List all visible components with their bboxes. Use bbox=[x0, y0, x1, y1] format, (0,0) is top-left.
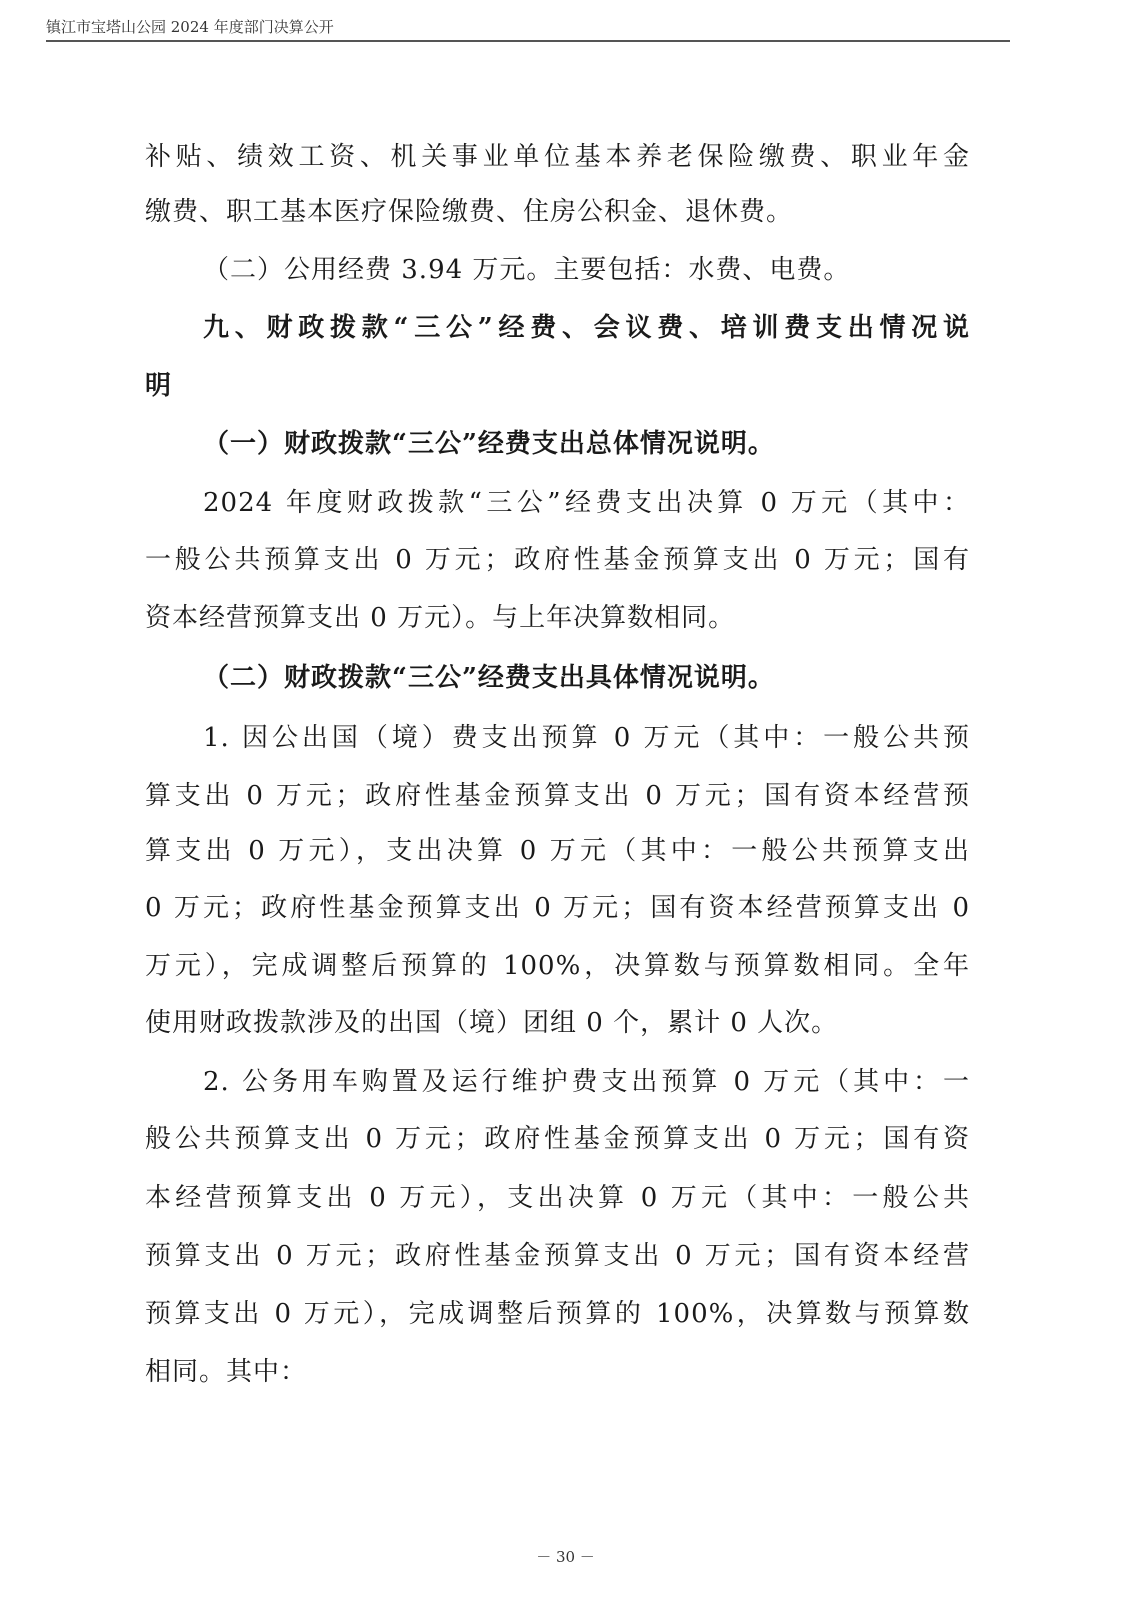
section-heading: 九、财政拨款“三公”经费、会议费、培训费支出情况说 bbox=[145, 308, 970, 348]
paragraph-line: 0 万元；政府性基金预算支出 0 万元；国有资本经营预算支出 0 bbox=[145, 888, 970, 928]
subsection-heading: （一）财政拨款“三公”经费支出总体情况说明。 bbox=[145, 424, 970, 464]
document-title: 镇江市宝塔山公园 2024 年度部门决算公开 bbox=[46, 16, 334, 37]
paragraph-line: 预算支出 0 万元），完成调整后预算的 100%，决算数与预算数 bbox=[145, 1294, 970, 1334]
paragraph-line: 缴费、职工基本医疗保险缴费、住房公积金、退休费。 bbox=[145, 192, 970, 232]
paragraph-line: 预算支出 0 万元；政府性基金预算支出 0 万元；国有资本经营 bbox=[145, 1236, 970, 1276]
paragraph-line: 1. 因公出国（境）费支出预算 0 万元（其中：一般公共预 bbox=[145, 718, 970, 758]
paragraph-line: 般公共预算支出 0 万元；政府性基金预算支出 0 万元；国有资 bbox=[145, 1119, 970, 1159]
paragraph-line: 本经营预算支出 0 万元），支出决算 0 万元（其中：一般公共 bbox=[145, 1178, 970, 1218]
section-heading: 明 bbox=[145, 366, 970, 406]
paragraph-line: 2. 公务用车购置及运行维护费支出预算 0 万元（其中：一 bbox=[145, 1062, 970, 1102]
paragraph-line: 资本经营预算支出 0 万元）。与上年决算数相同。 bbox=[145, 598, 970, 638]
paragraph-line: 算支出 0 万元），支出决算 0 万元（其中：一般公共预算支出 bbox=[145, 831, 970, 871]
page-header: 镇江市宝塔山公园 2024 年度部门决算公开 bbox=[46, 12, 1010, 42]
paragraph-line: 相同。其中： bbox=[145, 1352, 970, 1392]
subsection-heading: （二）财政拨款“三公”经费支出具体情况说明。 bbox=[145, 658, 970, 698]
paragraph-line: 一般公共预算支出 0 万元；政府性基金预算支出 0 万元；国有 bbox=[145, 540, 970, 580]
paragraph-line: 使用财政拨款涉及的出国（境）团组 0 个，累计 0 人次。 bbox=[145, 1003, 970, 1043]
paragraph-line: 万元），完成调整后预算的 100%，决算数与预算数相同。全年 bbox=[145, 946, 970, 986]
page-number: － 30 － bbox=[0, 1546, 1131, 1567]
paragraph-line: 2024 年度财政拨款“三公”经费支出决算 0 万元（其中： bbox=[145, 483, 970, 523]
paragraph-line: 算支出 0 万元；政府性基金预算支出 0 万元；国有资本经营预 bbox=[145, 776, 970, 816]
paragraph-line: （二）公用经费 3.94 万元。主要包括：水费、电费。 bbox=[145, 250, 970, 290]
paragraph-line: 补贴、绩效工资、机关事业单位基本养老保险缴费、职业年金 bbox=[145, 137, 970, 177]
